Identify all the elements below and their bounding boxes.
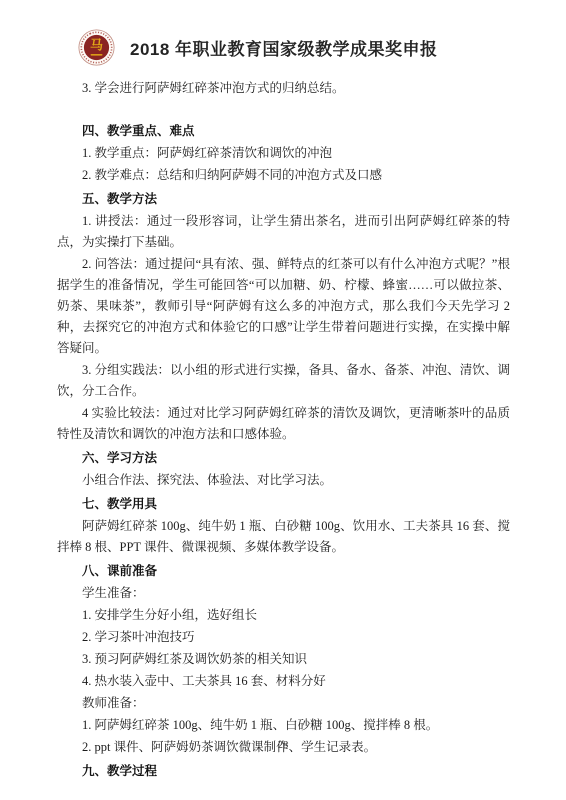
paragraph: 3. 预习阿萨姆红茶及调饮奶茶的相关知识 <box>57 649 510 670</box>
page-number: 28 <box>278 740 289 751</box>
paragraph: 1. 阿萨姆红碎茶 100g、纯牛奶 1 瓶、白砂糖 100g、搅拌棒 8 根。 <box>57 715 510 736</box>
paragraph: 2. 教学难点：总结和归纳阿萨姆不同的冲泡方式及口感 <box>57 165 510 186</box>
paragraph: 1. 讲授法：通过一段形容词，让学生猜出茶名，进而引出阿萨姆红碎茶的特点，为实操… <box>57 211 510 253</box>
page-header: 马 2018 年职业教育国家级教学成果奖申报 <box>78 29 509 66</box>
section-heading: 四、教学重点、难点 <box>57 121 510 142</box>
paragraph: 1. 教学重点：阿萨姆红碎茶清饮和调饮的冲泡 <box>57 143 510 164</box>
section-heading: 八、课前准备 <box>57 561 510 582</box>
page-title: 2018 年职业教育国家级教学成果奖申报 <box>130 35 438 60</box>
section-heading: 九、教学过程 <box>57 761 510 782</box>
paragraph: 教师准备： <box>57 693 510 714</box>
document-body: 3. 学会进行阿萨姆红碎茶冲泡方式的归纳总结。 四、教学重点、难点 1. 教学重… <box>57 78 510 783</box>
paragraph: 2. 问答法：通过提问“具有浓、强、鲜特点的红茶可以有什么冲泡方式呢？”根据学生… <box>57 254 510 359</box>
paragraph: 2. 学习茶叶冲泡技巧 <box>57 627 510 648</box>
page-footer: 28 <box>0 740 566 751</box>
paragraph: 4 实验比较法：通过对比学习阿萨姆红碎茶的清饮及调饮，更清晰茶叶的品质特性及清饮… <box>57 403 510 445</box>
paragraph: 3. 分组实践法：以小组的形式进行实操，备具、备水、备茶、冲泡、清饮、调饮，分工… <box>57 360 510 402</box>
paragraph: 4. 热水装入壶中、工夫茶具 16 套、材料分好 <box>57 671 510 692</box>
paragraph: 3. 学会进行阿萨姆红碎茶冲泡方式的归纳总结。 <box>57 78 510 99</box>
paragraph: 阿萨姆红碎茶 100g、纯牛奶 1 瓶、白砂糖 100g、饮用水、工夫茶具 16… <box>57 516 510 558</box>
paragraph: 小组合作法、探究法、体验法、对比学习法。 <box>57 470 510 491</box>
section-heading: 五、教学方法 <box>57 189 510 210</box>
paragraph: 学生准备： <box>57 583 510 604</box>
school-emblem-icon: 马 <box>78 29 115 66</box>
section-heading: 六、学习方法 <box>57 448 510 469</box>
section-heading: 七、教学用具 <box>57 494 510 515</box>
document-page: 马 2018 年职业教育国家级教学成果奖申报 3. 学会进行阿萨姆红碎茶冲泡方式… <box>0 0 566 800</box>
paragraph: 1. 安排学生分好小组，选好组长 <box>57 605 510 626</box>
svg-text:马: 马 <box>90 38 103 53</box>
